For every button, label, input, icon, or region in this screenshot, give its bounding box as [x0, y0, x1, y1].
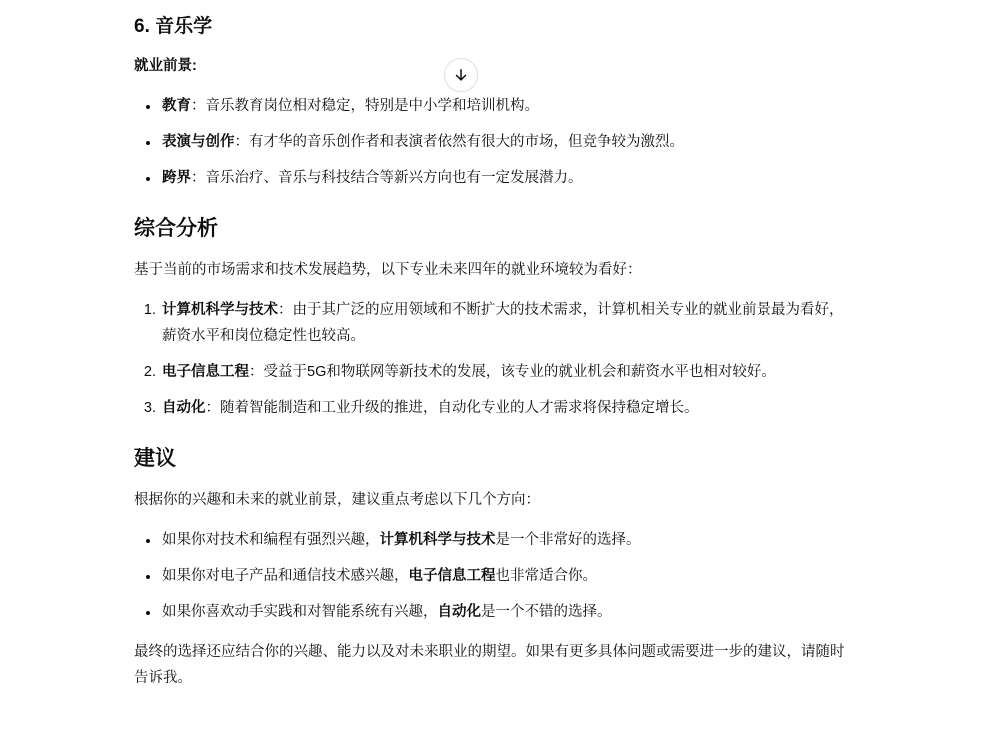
section-heading-suggestion: 建议	[134, 445, 846, 473]
suggestion-list: 如果你对技术和编程有强烈兴趣，计算机科学与技术是一个非常好的选择。 如果你对电子…	[134, 527, 846, 625]
list-item-term: 计算机科学与技术	[380, 532, 496, 548]
closing-paragraph: 最终的选择还应结合你的兴趣、能力以及对未来职业的期望。如果有更多具体问题或需要进…	[134, 639, 846, 691]
employment-prospects-label: 就业前景:	[134, 53, 846, 79]
suggestion-intro: 根据你的兴趣和未来的就业前景，建议重点考虑以下几个方向：	[134, 487, 846, 513]
list-item-pre: 如果你对电子产品和通信技术感兴趣，	[162, 568, 409, 584]
chat-view: 6. 音乐学 就业前景: 教育：音乐教育岗位相对稳定，特别是中小学和培训机构。 …	[0, 0, 985, 730]
list-item-term: 计算机科学与技术	[162, 302, 278, 318]
analysis-intro: 基于当前的市场需求和技术发展趋势，以下专业未来四年的就业环境较为看好：	[134, 257, 846, 283]
music-prospects-list: 教育：音乐教育岗位相对稳定，特别是中小学和培训机构。 表演与创作：有才华的音乐创…	[134, 93, 846, 191]
list-item: 如果你喜欢动手实践和对智能系统有兴趣，自动化是一个不错的选择。	[160, 599, 846, 625]
recommended-majors-list: 计算机科学与技术：由于其广泛的应用领域和不断扩大的技术需求，计算机相关专业的就业…	[134, 297, 846, 421]
list-item: 表演与创作：有才华的音乐创作者和表演者依然有很大的市场，但竞争较为激烈。	[160, 129, 846, 155]
list-item-text: ：音乐教育岗位相对稳定，特别是中小学和培训机构。	[191, 98, 539, 114]
list-item-term: 电子信息工程	[409, 568, 496, 584]
list-item-text: ：音乐治疗、音乐与科技结合等新兴方向也有一定发展潜力。	[191, 170, 583, 186]
list-item-text: ：有才华的音乐创作者和表演者依然有很大的市场，但竞争较为激烈。	[235, 134, 685, 150]
list-item: 教育：音乐教育岗位相对稳定，特别是中小学和培训机构。	[160, 93, 846, 119]
list-item-term: 自动化	[438, 604, 482, 620]
list-item: 如果你对电子产品和通信技术感兴趣，电子信息工程也非常适合你。	[160, 563, 846, 589]
list-item-text: ：随着智能制造和工业升级的推进，自动化专业的人才需求将保持稳定增长。	[206, 400, 699, 416]
list-item-term: 自动化	[162, 400, 206, 416]
list-item-term: 跨界	[162, 170, 191, 186]
list-item-term: 表演与创作	[162, 134, 235, 150]
list-item: 跨界：音乐治疗、音乐与科技结合等新兴方向也有一定发展潜力。	[160, 165, 846, 191]
list-item: 电子信息工程：受益于5G和物联网等新技术的发展，该专业的就业机会和薪资水平也相对…	[160, 359, 846, 385]
list-item-term: 电子信息工程	[162, 364, 249, 380]
assistant-message: 6. 音乐学 就业前景: 教育：音乐教育岗位相对稳定，特别是中小学和培训机构。 …	[134, 0, 846, 705]
list-item-post: 是一个不错的选择。	[481, 604, 612, 620]
section-heading-music: 6. 音乐学	[134, 14, 846, 39]
list-item-pre: 如果你对技术和编程有强烈兴趣，	[162, 532, 380, 548]
list-item: 计算机科学与技术：由于其广泛的应用领域和不断扩大的技术需求，计算机相关专业的就业…	[160, 297, 846, 349]
list-item-post: 是一个非常好的选择。	[496, 532, 641, 548]
list-item: 自动化：随着智能制造和工业升级的推进，自动化专业的人才需求将保持稳定增长。	[160, 395, 846, 421]
list-item-pre: 如果你喜欢动手实践和对智能系统有兴趣，	[162, 604, 438, 620]
scroll-to-bottom-button[interactable]	[444, 58, 478, 92]
list-item: 如果你对技术和编程有强烈兴趣，计算机科学与技术是一个非常好的选择。	[160, 527, 846, 553]
list-item-term: 教育	[162, 98, 191, 114]
list-item-post: 也非常适合你。	[496, 568, 598, 584]
arrow-down-icon	[452, 66, 470, 84]
list-item-text: ：受益于5G和物联网等新技术的发展，该专业的就业机会和薪资水平也相对较好。	[249, 364, 776, 380]
section-heading-analysis: 综合分析	[134, 215, 846, 243]
